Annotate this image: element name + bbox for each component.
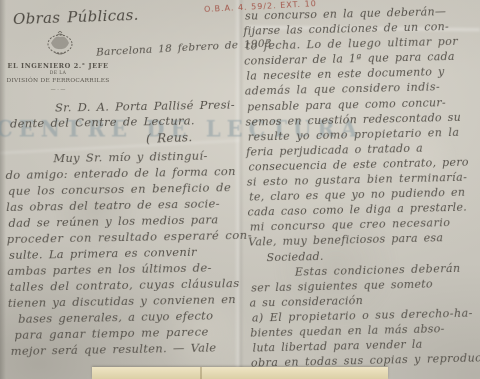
underlying-paper-edge	[92, 367, 388, 379]
scanned-letter-photo: CENTRE DE LECTURA O.B.A. 4. 59/2. EXT. 1…	[0, 0, 480, 379]
letterhead-line-2: DE LA	[2, 71, 114, 76]
letterhead-line-3: DIVISIÓN DE FERROCARRILES	[2, 78, 114, 84]
letterhead-line-4: — · —	[2, 87, 114, 93]
recipient-city: ( Reus.	[146, 130, 193, 146]
letterhead-line-1: EL INGENIERO 2.° JEFE	[2, 62, 114, 70]
handwriting-line: mejor será que resulten. — Vale	[11, 340, 241, 360]
paper-edge-seam	[200, 367, 202, 379]
letter-body-right-page: su concurso en la que deberán— fijarse l…	[243, 4, 480, 371]
coat-of-arms-icon	[43, 31, 77, 63]
letterhead-script-title: Obras Públicas.	[13, 6, 139, 28]
letter-body-left-page: Muy Sr. mío y distinguí- do amigo: enter…	[5, 148, 241, 360]
letterhead-printed-block: EL INGENIERO 2.° JEFE DE LA DIVISIÓN DE …	[2, 62, 114, 93]
recipient-line-1: Sr. D. A. Porta Pallisé Presi-	[55, 97, 235, 114]
